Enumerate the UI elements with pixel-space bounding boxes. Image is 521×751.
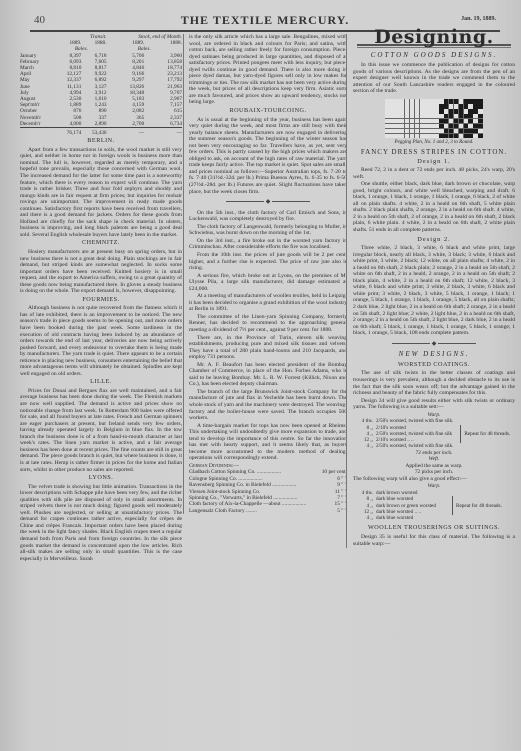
section-title-designing: Designing. [353, 34, 515, 41]
weave-cell [464, 114, 468, 118]
weave-cell [420, 114, 424, 118]
weave-cell [395, 119, 399, 123]
weave-cell [410, 124, 414, 128]
totals-row: 76,174 53,436 — — [20, 128, 182, 137]
warp-desc: dark blue worsted [376, 515, 453, 521]
weave-cell [429, 109, 433, 113]
weave-cell [439, 124, 443, 128]
weave-cell [468, 114, 472, 118]
repeat-note: Repeat for 48 threads. [453, 496, 515, 515]
dividend-value: 5 " " [307, 508, 347, 514]
weave-cell [434, 99, 438, 103]
weave-cell [444, 109, 448, 113]
subtitle-cotton-designs: COTTON GOODS DESIGNS. [353, 52, 515, 59]
section-heading: LYONS. [20, 475, 182, 482]
weave-cell [390, 114, 394, 118]
article-paragraph: The use of silk twists in the better cla… [353, 370, 515, 396]
stripes-heading: FANCY DRESS STRIPES IN COTTON. [353, 149, 515, 156]
weave-cell [385, 119, 389, 123]
effect-line: The following warp will also give a good… [353, 476, 515, 483]
warp-desc: 2/50's worsted, twisted with fine silk. [376, 443, 461, 449]
weave-cell [405, 119, 409, 123]
weave-cell [464, 109, 468, 113]
design-1-heading: Design 1. [353, 159, 515, 166]
weave-cell [410, 114, 414, 118]
article-paragraph: As is usual at the beginning of the year… [189, 117, 347, 196]
news-paragraph: The branch of the large Brunswick Joint-… [189, 389, 347, 422]
weave-cell [473, 134, 477, 138]
weave-cell [468, 99, 472, 103]
figure-caption: Pegging Plan, No. 1 and 2, 3 to Round. [353, 140, 515, 147]
weave-cell [405, 124, 409, 128]
weave-cell [478, 109, 482, 113]
weave-cell [385, 99, 389, 103]
weave-cell [385, 124, 389, 128]
weave-cell [478, 124, 482, 128]
weave-cell [424, 129, 428, 133]
weave-cell [459, 109, 463, 113]
weave-cell [439, 119, 443, 123]
weave-cell [390, 99, 394, 103]
weave-cell [385, 104, 389, 108]
woollen-heading: WOOLLEN TROUSERINGS OR SUITINGS. [353, 525, 515, 532]
weave-cell [424, 124, 428, 128]
dividend-row: Langensalz Cloth Factory ........5 " " [189, 508, 347, 514]
weave-cell [395, 99, 399, 103]
weave-cell [410, 134, 414, 138]
news-paragraph: The cloth factory of Langenwald, formerl… [189, 224, 347, 237]
weave-cell [464, 104, 468, 108]
weave-cell [415, 114, 419, 118]
news-items: On the 5th inst., the cloth factory of C… [189, 210, 347, 462]
weave-cell [415, 124, 419, 128]
ornament-divider: ◆ [189, 199, 347, 206]
weave-cell [468, 109, 472, 113]
silk-stats-table: Transit. Stock, end of Month. 1889. 1888… [20, 34, 182, 136]
weave-cell [468, 129, 472, 133]
weave-cell [468, 134, 472, 138]
weave-cell [434, 109, 438, 113]
repeat-note: Repeat for 48 threads. [461, 425, 515, 444]
weave-cell [473, 99, 477, 103]
weave-cell [429, 119, 433, 123]
weave-cell [415, 134, 419, 138]
warp-table-1: 4 ths.2/50's worsted, twisted with fine … [353, 418, 515, 449]
weave-cell [473, 114, 477, 118]
section-chemnitz: CHEMNITZ. Hosiery manufacturers are at p… [20, 240, 182, 294]
weave-cell [439, 109, 443, 113]
weave-cell [444, 124, 448, 128]
weave-cell [420, 104, 424, 108]
article-paragraph: One shuttle, either black, dark blue, da… [353, 181, 515, 233]
weave-cell [454, 104, 458, 108]
weave-cell [473, 124, 477, 128]
weave-cell [478, 104, 482, 108]
weave-cell [410, 109, 414, 113]
weave-cell [420, 99, 424, 103]
section-heading: BERLIN. [20, 138, 182, 145]
dividends-list: German Dividends:— Gladbach Cotton Spinn… [189, 463, 347, 514]
weave-cell [478, 99, 482, 103]
total-cell: — [107, 128, 145, 137]
news-paragraph: A time-bargain market for tops has now b… [189, 423, 347, 462]
weave-cell [459, 99, 463, 103]
weave-cell [410, 99, 414, 103]
weave-cell [468, 124, 472, 128]
weave-cell [420, 109, 424, 113]
column-1: Transit. Stock, end of Month. 1889. 1888… [20, 34, 182, 563]
weave-cell [424, 119, 428, 123]
weave-cell [405, 109, 409, 113]
weave-cell [459, 134, 463, 138]
weave-cell [400, 114, 404, 118]
weave-cell [439, 114, 443, 118]
weave-cell [385, 134, 389, 138]
weave-cell [464, 119, 468, 123]
weave-cell [390, 124, 394, 128]
weave-cell [478, 129, 482, 133]
section-berlin: BERLIN. Apart from a few transactions in… [20, 138, 182, 238]
warp-qty: 4 ,, [353, 515, 376, 521]
article-paragraph: Apart from a few transactions in soils, … [20, 147, 182, 239]
article-paragraph: Three white, 2 black, 3 white, 6 black a… [353, 245, 515, 337]
intro-paragraph: In this issue we commence the publicatio… [353, 62, 515, 95]
weave-cell [415, 129, 419, 133]
weave-cell [390, 109, 394, 113]
section-heading-roubaix: ROUBAIX-TOURCOING. [189, 108, 347, 115]
article-paragraph: Hosiery manufacturers are at present bus… [20, 249, 182, 295]
warp-desc: 2/50's worsted, twisted with fine silk. [376, 418, 461, 424]
weave-cell [400, 104, 404, 108]
weave-cell [410, 129, 414, 133]
weave-cell [390, 119, 394, 123]
news-paragraph: On the 3rd inst., a fire broke out in th… [189, 238, 347, 251]
weave-cell [385, 114, 389, 118]
weave-cell [400, 99, 404, 103]
weave-cell [454, 124, 458, 128]
weave-cell [405, 114, 409, 118]
weave-cell [429, 99, 433, 103]
issue-date: Jan. 19, 1889. [461, 16, 496, 22]
section-fourmies: FOURMIES. Although business is not quite… [20, 297, 182, 378]
value-cell: 6,734 [144, 121, 182, 128]
weave-cell [468, 119, 472, 123]
news-paragraph: A serious fire, which broke out at Lyons… [189, 273, 347, 293]
weave-cell [464, 129, 468, 133]
article-paragraph: Design 35 is useful for this class of ma… [353, 534, 515, 547]
new-designs-title: NEW DESIGNS. [353, 351, 515, 358]
warp-row: 4 ,,dark blue worsted [353, 515, 515, 521]
weave-cell [395, 109, 399, 113]
weave-cell [444, 114, 448, 118]
weave-cell [415, 119, 419, 123]
weave-cell [454, 99, 458, 103]
weave-cell [385, 129, 389, 133]
weave-cell [478, 114, 482, 118]
section-lyons: LYONS. The velvet trade is showing but l… [20, 475, 182, 562]
weave-cell [449, 129, 453, 133]
weave-cell [439, 134, 443, 138]
weave-cell [400, 109, 404, 113]
article-paragraph: Design 34 will give good results either … [353, 398, 515, 411]
column-2: is the only silk article which has a lar… [183, 34, 347, 514]
weave-cell [395, 134, 399, 138]
weave-cell [395, 114, 399, 118]
weave-cell [395, 124, 399, 128]
weave-cell [454, 134, 458, 138]
weave-cell [400, 129, 404, 133]
weave-cell [405, 99, 409, 103]
stats-row: Decemb'r4,0002,8902,7006,734 [20, 121, 182, 128]
weave-cell [459, 119, 463, 123]
weave-cell [444, 99, 448, 103]
weave-cell [429, 114, 433, 118]
weave-cell [478, 134, 482, 138]
article-paragraph: Although business is not quite recovered… [20, 305, 182, 377]
weave-cell [429, 129, 433, 133]
continued-paragraph: is the only silk article which has a lar… [189, 34, 347, 106]
company-name: Ravensberg Spinning Co. in Bielefeld ...… [189, 482, 307, 488]
news-paragraph: From the 10th inst. the prices of jute g… [189, 252, 347, 272]
ornament-divider: ◆ [353, 341, 515, 348]
weave-cell [390, 134, 394, 138]
warp-table-2: 4 ths.dark brown worsted8 ,,dark blue wo… [353, 490, 515, 521]
dividends-table: Gladbach Cotton Spinning Co. ...........… [189, 469, 347, 514]
weave-cell [449, 114, 453, 118]
total-cell: 53,436 [81, 128, 106, 137]
design-2-heading: Design 2. [353, 237, 515, 244]
company-name: Cloth factory of Aix-la-Chappelle —about… [189, 501, 307, 507]
weave-cell [454, 129, 458, 133]
weave-cell [390, 104, 394, 108]
weave-cell [420, 124, 424, 128]
weave-cell [464, 134, 468, 138]
weave-cell [434, 124, 438, 128]
news-paragraph: There are, in the Province of Turin, ele… [189, 335, 347, 361]
article-paragraph: Reed 72, 2 in a dent or 72 ends per inch… [353, 167, 515, 180]
weave-cell [429, 104, 433, 108]
value-cell: 4,000 [56, 121, 81, 128]
weave-cell [410, 104, 414, 108]
weave-cell [415, 99, 419, 103]
weave-cell [454, 114, 458, 118]
value-cell: 2,890 [81, 121, 106, 128]
weave-cell [400, 124, 404, 128]
weave-cell [449, 119, 453, 123]
weave-cell [434, 114, 438, 118]
weave-cell [473, 119, 477, 123]
weave-cell [405, 129, 409, 133]
weave-cell [424, 134, 428, 138]
weave-cell [459, 114, 463, 118]
weave-cell [449, 104, 453, 108]
article-paragraph: Prices for Douai and Bergues flax are we… [20, 388, 182, 473]
news-paragraph: On the 5th inst., the cloth factory of C… [189, 210, 347, 223]
weave-cell [478, 119, 482, 123]
weave-cell [439, 99, 443, 103]
weave-cell [444, 134, 448, 138]
weave-cell [444, 104, 448, 108]
weave-cell [424, 99, 428, 103]
worsted-heading: WORSTED COATINGS. [353, 362, 515, 369]
weave-cell [434, 104, 438, 108]
weave-cell [415, 109, 419, 113]
weave-cell [420, 119, 424, 123]
weave-cell [410, 119, 414, 123]
article-paragraph: The velvet trade is showing but little a… [20, 484, 182, 563]
weave-cell [434, 119, 438, 123]
weave-cell [415, 104, 419, 108]
section-heading: LILLE. [20, 379, 182, 386]
weave-cell [420, 129, 424, 133]
weave-cell [464, 124, 468, 128]
total-cell: 76,174 [56, 128, 81, 137]
section-lille: LILLE. Prices for Douai and Bergues flax… [20, 379, 182, 473]
weave-cell [424, 109, 428, 113]
section-heading: FOURMIES. [20, 297, 182, 304]
weave-cell [405, 134, 409, 138]
weave-cell [444, 129, 448, 133]
weave-cell [454, 109, 458, 113]
weave-cell [439, 104, 443, 108]
news-paragraph: The committee of the Linen-yarn Spinning… [189, 314, 347, 334]
pegging-plan-grid [385, 99, 483, 139]
weave-cell [473, 129, 477, 133]
month-cell: Decemb'r [20, 121, 56, 128]
weave-cell [390, 129, 394, 133]
weave-cell [434, 129, 438, 133]
weave-cell [459, 129, 463, 133]
weave-cell [405, 104, 409, 108]
weave-cell [395, 104, 399, 108]
weave-cell [395, 129, 399, 133]
news-paragraph: At a meeting of manufacturers of woollen… [189, 293, 347, 313]
weave-cell [449, 109, 453, 113]
weave-cell [454, 119, 458, 123]
weave-diagram [353, 99, 515, 139]
weave-cell [444, 119, 448, 123]
weave-cell [400, 119, 404, 123]
value-cell: 2,700 [107, 121, 145, 128]
weave-cell [385, 109, 389, 113]
company-name: Langensalz Cloth Factory ........ [189, 508, 307, 514]
weave-cell [449, 99, 453, 103]
weave-cell [420, 134, 424, 138]
weave-cell [459, 124, 463, 128]
weave-cell [429, 134, 433, 138]
section-heading: CHEMNITZ. [20, 240, 182, 247]
total-cell: — [144, 128, 182, 137]
news-paragraph: Mr. A. F. Beaufort has been elected pres… [189, 362, 347, 388]
weave-cell [473, 109, 477, 113]
column-3: Designing. COTTON GOODS DESIGNS. In this… [346, 34, 515, 548]
weave-cell [464, 99, 468, 103]
weave-cell [424, 104, 428, 108]
weave-cell [400, 134, 404, 138]
weave-cell [439, 129, 443, 133]
weave-cell [468, 104, 472, 108]
weave-cell [424, 114, 428, 118]
weave-cell [449, 124, 453, 128]
weave-cell [434, 134, 438, 138]
weave-cell [459, 104, 463, 108]
dividend-row: Gladbach Cotton Spinning Co. ...........… [189, 469, 347, 475]
newspaper-page: 40 THE TEXTILE MERCURY. Jan. 19, 1889. T… [0, 0, 521, 751]
weave-cell [429, 124, 433, 128]
weave-cell [473, 104, 477, 108]
weave-cell [449, 134, 453, 138]
